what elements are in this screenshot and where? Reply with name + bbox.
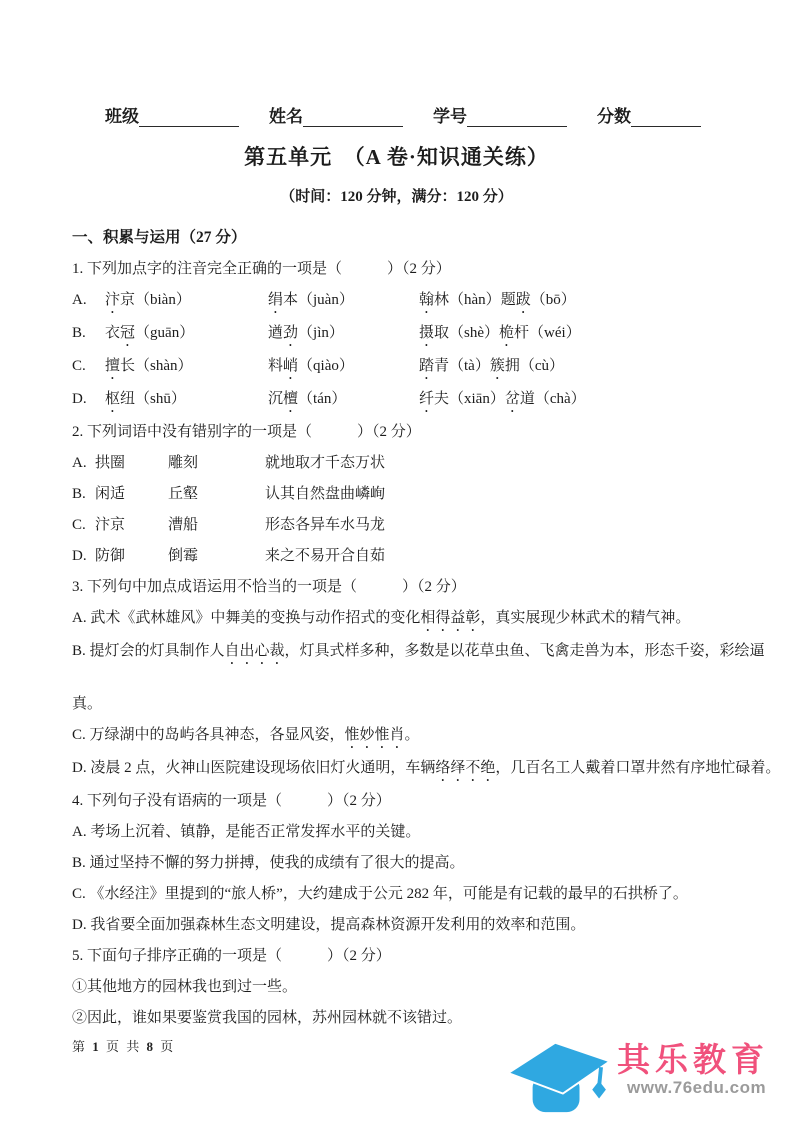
text-segment: 形态各异 [265, 517, 325, 533]
option-word: 枢纽（shū） [105, 384, 268, 416]
name-field: 姓名 [269, 102, 403, 127]
section-heading: 一、积累与运用（27 分） [72, 223, 773, 253]
text-segment: 漕船 [168, 517, 198, 533]
option-row: B.衣冠（guān）遒劲（jìn）摄取（shè）桅杆（wéi） [72, 318, 773, 350]
emphasized-idiom: 桅 [499, 325, 514, 341]
text-segment: A. 武术《武林雄风》中舞美的变换与动作招式的变化 [72, 610, 420, 626]
text-segment: （jìn） [298, 325, 344, 341]
text-segment: 青（tà） [434, 358, 490, 374]
text-segment: 页 共 [101, 1039, 147, 1054]
header-fields: 班级姓名学号分数 [0, 0, 793, 127]
score-field: 分数 [597, 102, 701, 127]
option-line: D. 凌晨 2 点，火神山医院建设现场依旧灯火通明，车辆络绎不绝，几百名工人戴着… [72, 753, 773, 785]
page-number: 第 1 页 共 8 页 [72, 1036, 175, 1055]
class-field: 班级 [105, 102, 239, 127]
text-segment: 沉 [268, 391, 283, 407]
text-segment: ，灯具式样多种，多数是以花草虫鱼、飞禽走兽为本，形态千姿，彩绘逼 [285, 643, 765, 659]
text-segment: （qiào） [298, 358, 354, 374]
emphasized-idiom: 劲 [283, 325, 298, 341]
option-word: 拱圈 [95, 448, 168, 478]
option-word: 翰林（hàn） [419, 285, 501, 317]
emphasized-idiom: 冠 [120, 325, 135, 341]
emphasized-idiom: 惟妙惟肖 [345, 727, 405, 743]
option-row: D.枢纽（shū）沉檀（tán）纤夫（xiān）岔道（chà） [72, 384, 773, 416]
text-segment: D. 我省要全面加强森林生态文明建设，提高森林资源开发利用的效率和范围。 [72, 917, 585, 933]
text-segment: 2. 下列词语中没有错别字的一项是（ ）（2 分） [72, 424, 421, 440]
exam-page: 班级姓名学号分数 第五单元 （A 卷·知识通关练） （时间：120 分钟，满分：… [0, 0, 793, 1122]
emphasized-idiom: 自出心裁 [225, 643, 285, 659]
site-logo: 其乐教育 www.76edu.com [505, 1032, 769, 1118]
option-letter: B. [72, 318, 105, 348]
option-word: 就地取才 [265, 448, 325, 478]
text-segment: 真。 [72, 696, 102, 712]
option-word: 防御 [95, 541, 168, 571]
option-line: ②因此，谁如果要鉴赏我国的园林，苏州园林就不该错过。 [72, 1003, 773, 1033]
emphasized-idiom: 纤 [419, 391, 434, 407]
text-segment: 车水马龙 [325, 517, 385, 533]
option-word: 汴京（biàn） [105, 285, 268, 317]
option-word: 闲适 [95, 479, 168, 509]
text-segment: A. 考场上沉着、镇静，是能否正常发挥水平的关键。 [72, 824, 420, 840]
text-segment: 道（chà） [520, 391, 586, 407]
emphasized-idiom: 汴 [105, 292, 120, 308]
option-letter: B. [72, 479, 95, 509]
blank-line [467, 106, 567, 127]
option-letter: A. [72, 285, 105, 315]
text-segment: 遒 [268, 325, 283, 341]
student-id-field-label: 学号 [433, 102, 467, 127]
question-stem: 5. 下面句子排序正确的一项是（ ）（2 分） [72, 941, 773, 971]
text-segment: 林（hàn） [434, 292, 501, 308]
text-segment: 拥（cù） [505, 358, 564, 374]
text-segment: 第 [72, 1039, 92, 1054]
emphasized-idiom: 檀 [283, 391, 298, 407]
text-segment: 拱圈 [95, 455, 125, 471]
text-segment: C. 万绿湖中的岛屿各具神态，各显风姿， [72, 727, 345, 743]
option-row: D.防御倒霉来之不易开合自茹 [72, 541, 773, 571]
text-segment: 题 [501, 292, 516, 308]
text-segment: 千态万状 [325, 455, 385, 471]
brand-name: 其乐教育 [617, 1042, 769, 1078]
exam-time-score: （时间：120 分钟，满分：120 分） [0, 186, 793, 208]
blank-line [303, 106, 403, 127]
option-word: 汴京 [95, 510, 168, 540]
option-word: 料峭（qiào） [268, 351, 419, 383]
text-segment: C. 《水经注》里提到的“旅人桥”，大约建成于公元 282 年，可能是有记载的最… [72, 886, 688, 902]
emphasized-idiom: 岔 [505, 391, 520, 407]
text-segment: 倒霉 [168, 548, 198, 564]
option-word: 认其自然 [265, 479, 325, 509]
text-segment: 闲适 [95, 486, 125, 502]
text-segment: 3. 下列句中加点成语运用不恰当的一项是（ ）（2 分） [72, 579, 466, 595]
option-word: 遒劲（jìn） [268, 318, 419, 350]
text-segment: ，几百名工人戴着口罩井然有序地忙碌着。 [495, 760, 780, 776]
text-segment: 页 [155, 1039, 175, 1054]
option-word: 雕刻 [168, 448, 265, 478]
text-segment: ①其他地方的园林我也到过一些。 [72, 979, 297, 995]
emphasized-idiom: 擅 [105, 358, 120, 374]
text-segment: 防御 [95, 548, 125, 564]
name-field-label: 姓名 [269, 102, 303, 127]
option-word: 来之不易 [265, 541, 325, 571]
option-word: 衣冠（guān） [105, 318, 268, 350]
question-stem: 1. 下列加点字的注音完全正确的一项是（ ）（2 分） [72, 254, 773, 284]
question-stem: 3. 下列句中加点成语运用不恰当的一项是（ ）（2 分） [72, 572, 773, 602]
text-segment: 雕刻 [168, 455, 198, 471]
option-word: 开合自茹 [325, 541, 385, 571]
score-field-label: 分数 [597, 102, 631, 127]
emphasized-idiom: 翰 [419, 292, 434, 308]
option-line: ①其他地方的园林我也到过一些。 [72, 972, 773, 1002]
option-row: B.闲适丘壑认其自然盘曲嶙峋 [72, 479, 773, 509]
continuation-line: 真。 [72, 689, 773, 719]
option-word: 踏青（tà） [419, 351, 490, 383]
text-segment: 丘壑 [168, 486, 198, 502]
question-stem: 2. 下列词语中没有错别字的一项是（ ）（2 分） [72, 417, 773, 447]
emphasized-idiom: 络绎不绝 [435, 760, 495, 776]
text-segment: 来之不易 [265, 548, 325, 564]
text-segment: 衣 [105, 325, 120, 341]
option-row: C.擅长（shàn）料峭（qiào）踏青（tà）簇拥（cù） [72, 351, 773, 383]
text-segment: ，真实展现少林武术的精气神。 [480, 610, 690, 626]
option-word: 桅杆（wéi） [499, 318, 581, 350]
option-line: A. 考场上沉着、镇静，是能否正常发挥水平的关键。 [72, 817, 773, 847]
text-segment: 纽（shū） [120, 391, 186, 407]
text-segment: 开合自茹 [325, 548, 385, 564]
text-segment: 8 [147, 1039, 156, 1054]
option-letter: C. [72, 510, 95, 540]
option-line: C. 万绿湖中的岛屿各具神态，各显风姿，惟妙惟肖。 [72, 720, 773, 752]
text-segment: 一、积累与运用（27 分） [72, 229, 246, 246]
emphasized-idiom: 簇 [490, 358, 505, 374]
class-field-label: 班级 [105, 102, 139, 127]
text-segment: 取（shè） [434, 325, 499, 341]
option-letter: A. [72, 448, 95, 478]
text-segment: （bō） [531, 292, 576, 308]
brand-url: www.76edu.com [617, 1078, 769, 1098]
text-segment: D. 凌晨 2 点，火神山医院建设现场依旧灯火通明，车辆 [72, 760, 435, 776]
question-stem: 4. 下列句子没有语病的一项是（ ）（2 分） [72, 786, 773, 816]
option-line: B. 通过坚持不懈的努力拼搏，使我的成绩有了很大的提高。 [72, 848, 773, 878]
text-segment: 杆（wéi） [514, 325, 581, 341]
exam-body: 一、积累与运用（27 分）1. 下列加点字的注音完全正确的一项是（ ）（2 分）… [0, 223, 793, 1033]
text-segment: （tán） [298, 391, 346, 407]
option-word: 簇拥（cù） [490, 351, 564, 383]
option-row: A.汴京（biàn）绢本（juàn）翰林（hàn）题跋（bō） [72, 285, 773, 317]
text-segment: 1. 下列加点字的注音完全正确的一项是（ ）（2 分） [72, 261, 451, 277]
emphasized-idiom: 峭 [283, 358, 298, 374]
option-line: C. 《水经注》里提到的“旅人桥”，大约建成于公元 282 年，可能是有记载的最… [72, 879, 773, 909]
text-segment: ②因此，谁如果要鉴赏我国的园林，苏州园林就不该错过。 [72, 1010, 462, 1026]
text-segment: B. 通过坚持不懈的努力拼搏，使我的成绩有了很大的提高。 [72, 855, 465, 871]
option-word: 纤夫（xiān） [419, 384, 505, 416]
option-row: C.汴京漕船形态各异车水马龙 [72, 510, 773, 540]
option-word: 盘曲嶙峋 [325, 479, 385, 509]
text-segment: 长（shàn） [120, 358, 193, 374]
text-segment: 1 [92, 1039, 101, 1054]
emphasized-idiom: 摄 [419, 325, 434, 341]
brand-text: 其乐教育 www.76edu.com [617, 1032, 769, 1098]
option-letter: D. [72, 384, 105, 414]
text-segment: 盘曲嶙峋 [325, 486, 385, 502]
text-segment: 汴京 [95, 517, 125, 533]
student-id-field: 学号 [433, 102, 567, 127]
option-word: 沉檀（tán） [268, 384, 419, 416]
text-segment: （guān） [135, 325, 194, 341]
blank-line [631, 106, 701, 127]
option-line: D. 我省要全面加强森林生态文明建设，提高森林资源开发利用的效率和范围。 [72, 910, 773, 940]
text-segment: 4. 下列句子没有语病的一项是（ ）（2 分） [72, 793, 391, 809]
option-word: 擅长（shàn） [105, 351, 268, 383]
option-word: 倒霉 [168, 541, 265, 571]
text-segment: 本（juàn） [283, 292, 354, 308]
option-letter: C. [72, 351, 105, 381]
option-word: 形态各异 [265, 510, 325, 540]
emphasized-idiom: 踏 [419, 358, 434, 374]
text-segment: 。 [405, 727, 420, 743]
option-word: 漕船 [168, 510, 265, 540]
text-segment: 夫（xiān） [434, 391, 505, 407]
option-word: 绢本（juàn） [268, 285, 419, 317]
option-word: 岔道（chà） [505, 384, 586, 416]
text-segment: B. 提灯会的灯具制作人 [72, 643, 225, 659]
emphasized-idiom: 绢 [268, 292, 283, 308]
emphasized-idiom: 跋 [516, 292, 531, 308]
text-segment: 认其自然 [265, 486, 325, 502]
emphasized-idiom: 枢 [105, 391, 120, 407]
option-word: 题跋（bō） [501, 285, 576, 317]
graduation-cap-icon [505, 1032, 613, 1118]
option-word: 摄取（shè） [419, 318, 499, 350]
option-word: 千态万状 [325, 448, 385, 478]
text-segment: 京（biàn） [120, 292, 191, 308]
option-row: A.拱圈雕刻就地取才千态万状 [72, 448, 773, 478]
option-line: B. 提灯会的灯具制作人自出心裁，灯具式样多种，多数是以花草虫鱼、飞禽走兽为本，… [72, 636, 773, 668]
option-letter: D. [72, 541, 95, 571]
blank-line [139, 106, 239, 127]
exam-title: 第五单元 （A 卷·知识通关练） [0, 143, 793, 171]
emphasized-idiom: 相得益彰 [420, 610, 480, 626]
text-segment: 就地取才 [265, 455, 325, 471]
option-word: 丘壑 [168, 479, 265, 509]
text-segment: 料 [268, 358, 283, 374]
option-line: A. 武术《武林雄风》中舞美的变换与动作招式的变化相得益彰，真实展现少林武术的精… [72, 603, 773, 635]
option-word: 车水马龙 [325, 510, 385, 540]
text-segment: 5. 下面句子排序正确的一项是（ ）（2 分） [72, 948, 391, 964]
